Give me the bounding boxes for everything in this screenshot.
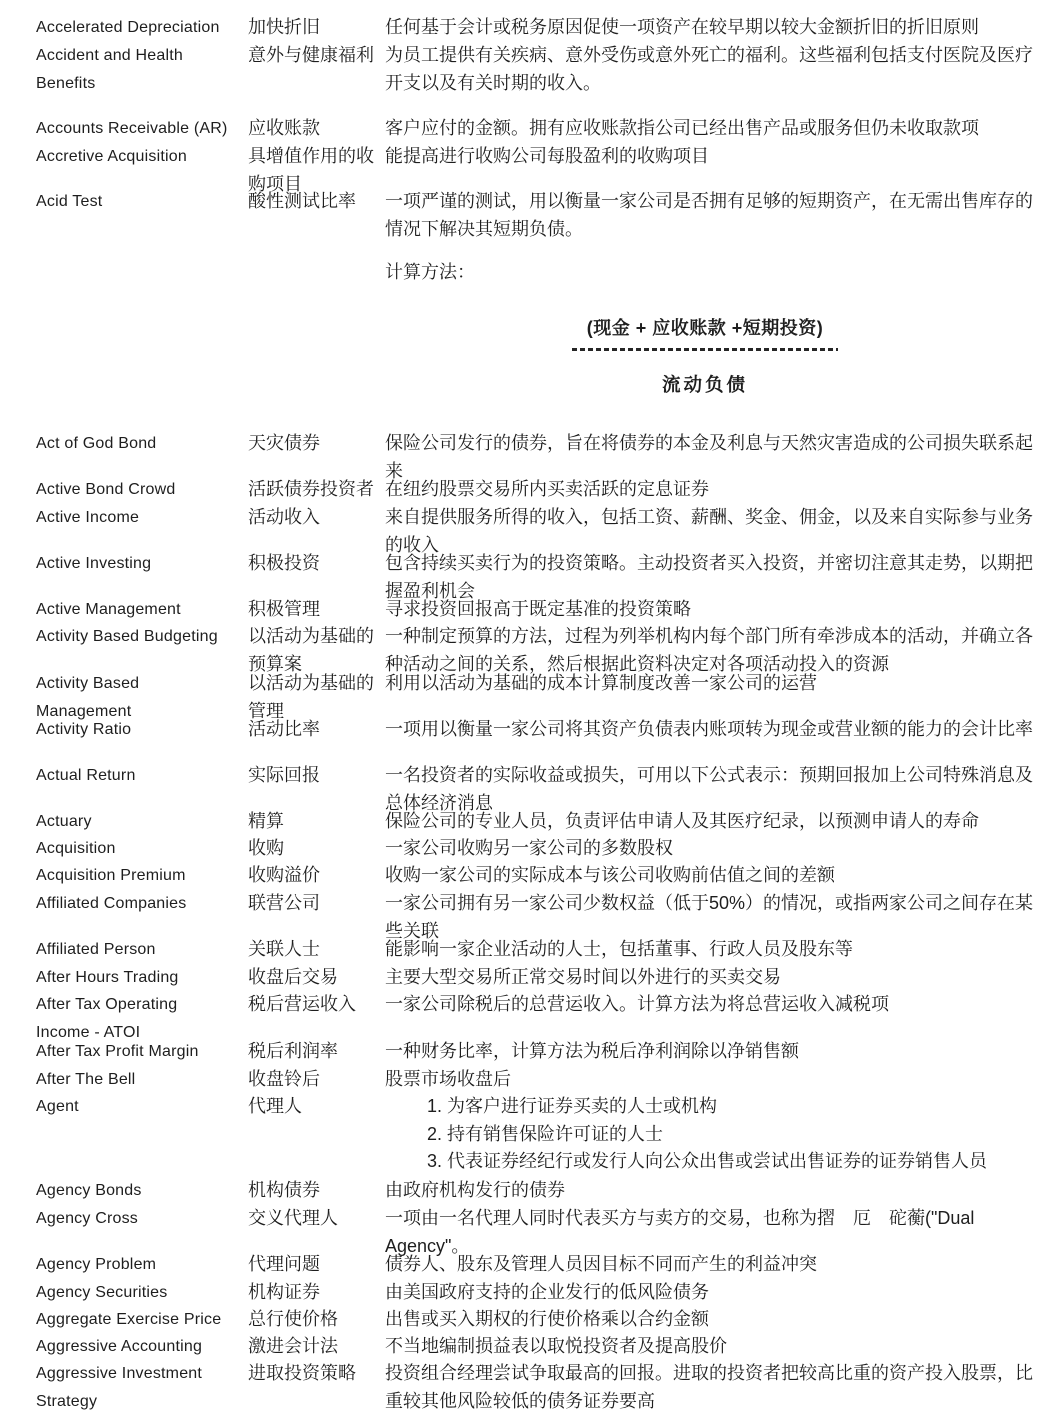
translation-cell: 收购溢价 [248,862,382,890]
translation-cell: 收盘铃后 [248,1066,382,1094]
term-cell: Acid Test [36,188,242,216]
term-cell: Activity Based Budgeting [36,623,242,651]
definition-cell: 由美国政府支持的企业发行的低风险债务 [385,1279,1047,1307]
translation-cell: 总行使价格 [248,1306,382,1334]
term-cell: Accident and Health Benefits [36,42,242,97]
term-cell: Agency Cross [36,1205,242,1233]
term-cell: Active Bond Crowd [36,476,242,504]
definition-cell: 任何基于会计或税务原因促使一项资产在较早期以较大金额折旧的折旧原则 [385,14,1047,42]
term-cell: Affiliated Companies [36,890,242,918]
term-cell: Affiliated Person [36,936,242,964]
translation-cell: 机构债券 [248,1177,382,1205]
translation-cell: 积极管理 [248,596,382,624]
formula-divider-line [572,348,838,351]
term-cell: Agency Problem [36,1251,242,1279]
term-cell: Active Investing [36,550,242,578]
translation-cell: 实际回报 [248,762,382,790]
translation-cell: 收购 [248,835,382,863]
definition-cell: 投资组合经理尝试争取最高的回报。进取的投资者把较高比重的资产投入股票，比 重较其… [385,1360,1047,1415]
term-cell: Activity Ratio [36,716,242,744]
translation-cell: 精算 [248,808,382,836]
definition-cell: 一家公司收购另一家公司的多数股权 [385,835,1047,863]
term-cell: Act of God Bond [36,430,242,458]
term-cell: Accelerated Depreciation [36,14,242,42]
translation-cell: 代理人 [248,1093,382,1121]
term-cell: Accounts Receivable (AR) [36,115,242,143]
definition-cell: 一项严谨的测试，用以衡量一家公司是否拥有足够的短期资产，在无需出售库存的 情况下… [385,188,1047,243]
translation-cell: 天灾债券 [248,430,382,458]
definition-cell: 1. 为客户进行证券买卖的人士或机构2. 持有销售保险许可证的人士3. 代表证券… [385,1093,1047,1176]
definition-cell: 利用以活动为基础的成本计算制度改善一家公司的运营 [385,670,1047,698]
translation-cell: 活动收入 [248,504,382,532]
translation-cell: 收盘后交易 [248,964,382,992]
translation-cell: 代理问题 [248,1251,382,1279]
term-cell: Agency Securities [36,1279,242,1307]
term-cell: Active Income [36,504,242,532]
translation-cell: 意外与健康福利 [248,42,382,70]
translation-cell: 进取投资策略 [248,1360,382,1388]
definition-cell: 不当地编制损益表以取悦投资者及提高股价 [385,1333,1047,1361]
translation-cell: 应收账款 [248,115,382,143]
definition-list-item: 1. 为客户进行证券买卖的人士或机构 [427,1093,1047,1121]
translation-cell: 活跃债券投资者 [248,476,382,504]
formula-label: 计算方法： [385,259,475,287]
term-cell: Aggressive Investment Strategy [36,1360,242,1415]
definition-cell: 能影响一家企业活动的人士，包括董事、行政人员及股东等 [385,936,1047,964]
definition-cell: 股票市场收盘后 [385,1066,1047,1094]
term-cell: Agency Bonds [36,1177,242,1205]
term-cell: Accretive Acquisition [36,143,242,171]
formula-numerator: (现金 + 应收账款 +短期投资) [540,314,870,342]
term-cell: After Hours Trading [36,964,242,992]
translation-cell: 税后利润率 [248,1038,382,1066]
definition-cell: 由政府机构发行的债券 [385,1177,1047,1205]
translation-cell: 活动比率 [248,716,382,744]
definition-list-item: 3. 代表证券经纪行或发行人向公众出售或尝试出售证券的证券销售人员 [427,1148,1047,1176]
glossary-page: Accelerated Depreciation加快折旧任何基于会计或税务原因促… [0,0,1049,1428]
term-cell: Actual Return [36,762,242,790]
formula-denominator: 流动负债 [540,371,870,399]
definition-cell: 一种财务比率，计算方法为税后净利润除以净销售额 [385,1038,1047,1066]
term-cell: Aggressive Accounting [36,1333,242,1361]
definition-cell: 债券人、股东及管理人员因目标不同而产生的利益冲突 [385,1251,1047,1279]
translation-cell: 税后营运收入 [248,991,382,1019]
translation-cell: 关联人士 [248,936,382,964]
acid-test-formula: (现金 + 应收账款 +短期投资) 流动负债 [540,314,870,399]
term-cell: Acquisition [36,835,242,863]
definition-cell: 为员工提供有关疾病、意外受伤或意外死亡的福利。这些福利包括支付医院及医疗 开支以… [385,42,1047,97]
term-cell: After Tax Profit Margin [36,1038,242,1066]
translation-cell: 加快折旧 [248,14,382,42]
term-cell: Actuary [36,808,242,836]
term-cell: After The Bell [36,1066,242,1094]
translation-cell: 激进会计法 [248,1333,382,1361]
definition-cell: 主要大型交易所正常交易时间以外进行的买卖交易 [385,964,1047,992]
translation-cell: 机构证券 [248,1279,382,1307]
translation-cell: 积极投资 [248,550,382,578]
definition-cell: 保险公司的专业人员，负责评估申请人及其医疗纪录，以预测申请人的寿命 [385,808,1047,836]
term-cell: Acquisition Premium [36,862,242,890]
definition-cell: 收购一家公司的实际成本与该公司收购前估值之间的差额 [385,862,1047,890]
translation-cell: 酸性测试比率 [248,188,382,216]
term-cell: Aggregate Exercise Price [36,1306,242,1334]
term-cell: Active Management [36,596,242,624]
definition-cell: 一家公司除税后的总营运收入。计算方法为将总营运收入减税项 [385,991,1047,1019]
translation-cell: 交义代理人 [248,1205,382,1233]
definition-cell: 寻求投资回报高于既定基准的投资策略 [385,596,1047,624]
definition-cell: 客户应付的金额。拥有应收账款指公司已经出售产品或服务但仍未收取款项 [385,115,1047,143]
definition-cell: 在纽约股票交易所内买卖活跃的定息证券 [385,476,1047,504]
definition-list-item: 2. 持有销售保险许可证的人士 [427,1121,1047,1149]
term-cell: Agent [36,1093,242,1121]
definition-cell: 能提高进行收购公司每股盈利的收购项目 [385,143,1047,171]
definition-cell: 出售或买入期权的行使价格乘以合约金额 [385,1306,1047,1334]
translation-cell: 联营公司 [248,890,382,918]
definition-cell: 一项用以衡量一家公司将其资产负债表内账项转为现金或营业额的能力的会计比率 [385,716,1047,744]
